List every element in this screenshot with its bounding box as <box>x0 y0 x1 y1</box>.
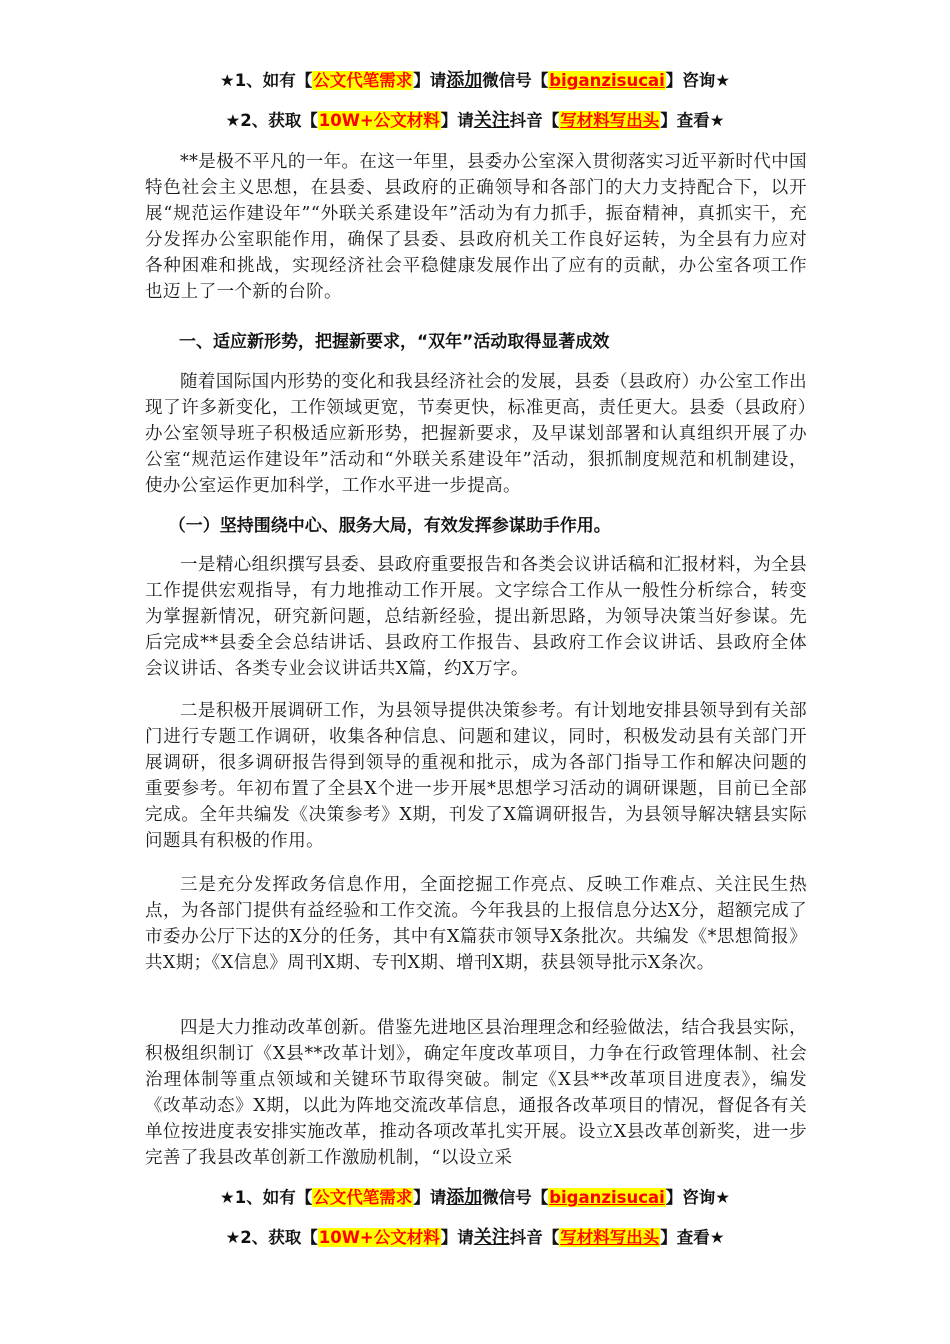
section-1: 一、适应新形势，把握新要求，“双年”活动取得显著成效 <box>145 329 807 355</box>
underlined-add: 添加 <box>446 1187 482 1208</box>
item-2: 二是积极开展调研工作，为县领导提供决策参考。有计划地安排县领导到有关部门进行专题… <box>145 698 807 854</box>
banner-text: 抖音【 <box>510 1228 560 1247</box>
banner-suffix: 】查看★ <box>660 111 724 130</box>
subsection-heading: （一）坚持围绕中心、服务大局，有效发挥参谋助手作用。 <box>145 513 807 539</box>
wechat-id-link[interactable]: biganzisucai <box>548 71 666 90</box>
item-paragraph: 三是充分发挥政务信息作用，全面挖掘工作亮点、反映工作难点、关注民生热点，为各部门… <box>145 872 807 976</box>
highlight-materials: 10W+公文材料 <box>318 111 441 130</box>
wechat-id-link[interactable]: biganzisucai <box>548 1188 666 1207</box>
underlined-follow: 关注 <box>474 110 510 131</box>
section-1-body: 随着国际国内形势的变化和我县经济社会的发展，县委（县政府）办公室工作出现了许多新… <box>145 369 807 499</box>
footer-banner-line-1: ★1、如有【公文代笔需求】请添加微信号【biganzisucai】咨询★ <box>0 1187 950 1209</box>
section-heading: 一、适应新形势，把握新要求，“双年”活动取得显著成效 <box>145 329 807 355</box>
highlight-ghostwriting-service: 公文代笔需求 <box>312 71 413 90</box>
document-page: ★1、如有【公文代笔需求】请添加微信号【biganzisucai】咨询★ ★2、… <box>0 0 950 1344</box>
banner-prefix: ★2、获取【 <box>225 1228 317 1247</box>
highlight-ghostwriting-service: 公文代笔需求 <box>312 1188 413 1207</box>
item-3: 三是充分发挥政务信息作用，全面挖掘工作亮点、反映工作难点、关注民生热点，为各部门… <box>145 872 807 976</box>
banner-text: 】请 <box>413 71 446 90</box>
banner-text: 微信号【 <box>482 71 548 90</box>
item-paragraph: 四是大力推动改革创新。借鉴先进地区县治理理念和经验做法，结合我县实际，积极组织制… <box>145 1015 807 1171</box>
header-banner-line-1: ★1、如有【公文代笔需求】请添加微信号【biganzisucai】咨询★ <box>0 70 950 92</box>
douyin-account-link[interactable]: 写材料写出头 <box>559 1228 660 1247</box>
footer-banner-line-2: ★2、获取【10W+公文材料】请关注抖音【写材料写出头】查看★ <box>0 1227 950 1249</box>
subsection-1: （一）坚持围绕中心、服务大局，有效发挥参谋助手作用。 <box>145 513 807 539</box>
banner-text: 】请 <box>441 111 474 130</box>
banner-prefix: ★1、如有【 <box>220 1188 312 1207</box>
banner-text: 微信号【 <box>482 1188 548 1207</box>
intro-paragraph: **是极不平凡的一年。在这一年里，县委办公室深入贯彻落实习近平新时代中国特色社会… <box>145 149 807 305</box>
banner-prefix: ★1、如有【 <box>220 71 312 90</box>
banner-suffix: 】查看★ <box>660 1228 724 1247</box>
banner-prefix: ★2、获取【 <box>225 111 317 130</box>
document-body: **是极不平凡的一年。在这一年里，县委办公室深入贯彻落实习近平新时代中国特色社会… <box>145 149 807 305</box>
banner-text: 】请 <box>441 1228 474 1247</box>
item-paragraph: 二是积极开展调研工作，为县领导提供决策参考。有计划地安排县领导到有关部门进行专题… <box>145 698 807 854</box>
section-paragraph: 随着国际国内形势的变化和我县经济社会的发展，县委（县政府）办公室工作出现了许多新… <box>145 369 807 499</box>
item-4: 四是大力推动改革创新。借鉴先进地区县治理理念和经验做法，结合我县实际，积极组织制… <box>145 1015 807 1171</box>
item-paragraph: 一是精心组织撰写县委、县政府重要报告和各类会议讲话稿和汇报材料，为全县工作提供宏… <box>145 552 807 682</box>
banner-text: 抖音【 <box>510 111 560 130</box>
banner-text: 】请 <box>413 1188 446 1207</box>
underlined-follow: 关注 <box>474 1227 510 1248</box>
douyin-account-link[interactable]: 写材料写出头 <box>559 111 660 130</box>
header-banner-line-2: ★2、获取【10W+公文材料】请关注抖音【写材料写出头】查看★ <box>0 110 950 132</box>
highlight-materials: 10W+公文材料 <box>318 1228 441 1247</box>
underlined-add: 添加 <box>446 70 482 91</box>
banner-suffix: 】咨询★ <box>666 71 730 90</box>
item-1: 一是精心组织撰写县委、县政府重要报告和各类会议讲话稿和汇报材料，为全县工作提供宏… <box>145 552 807 682</box>
banner-suffix: 】咨询★ <box>666 1188 730 1207</box>
